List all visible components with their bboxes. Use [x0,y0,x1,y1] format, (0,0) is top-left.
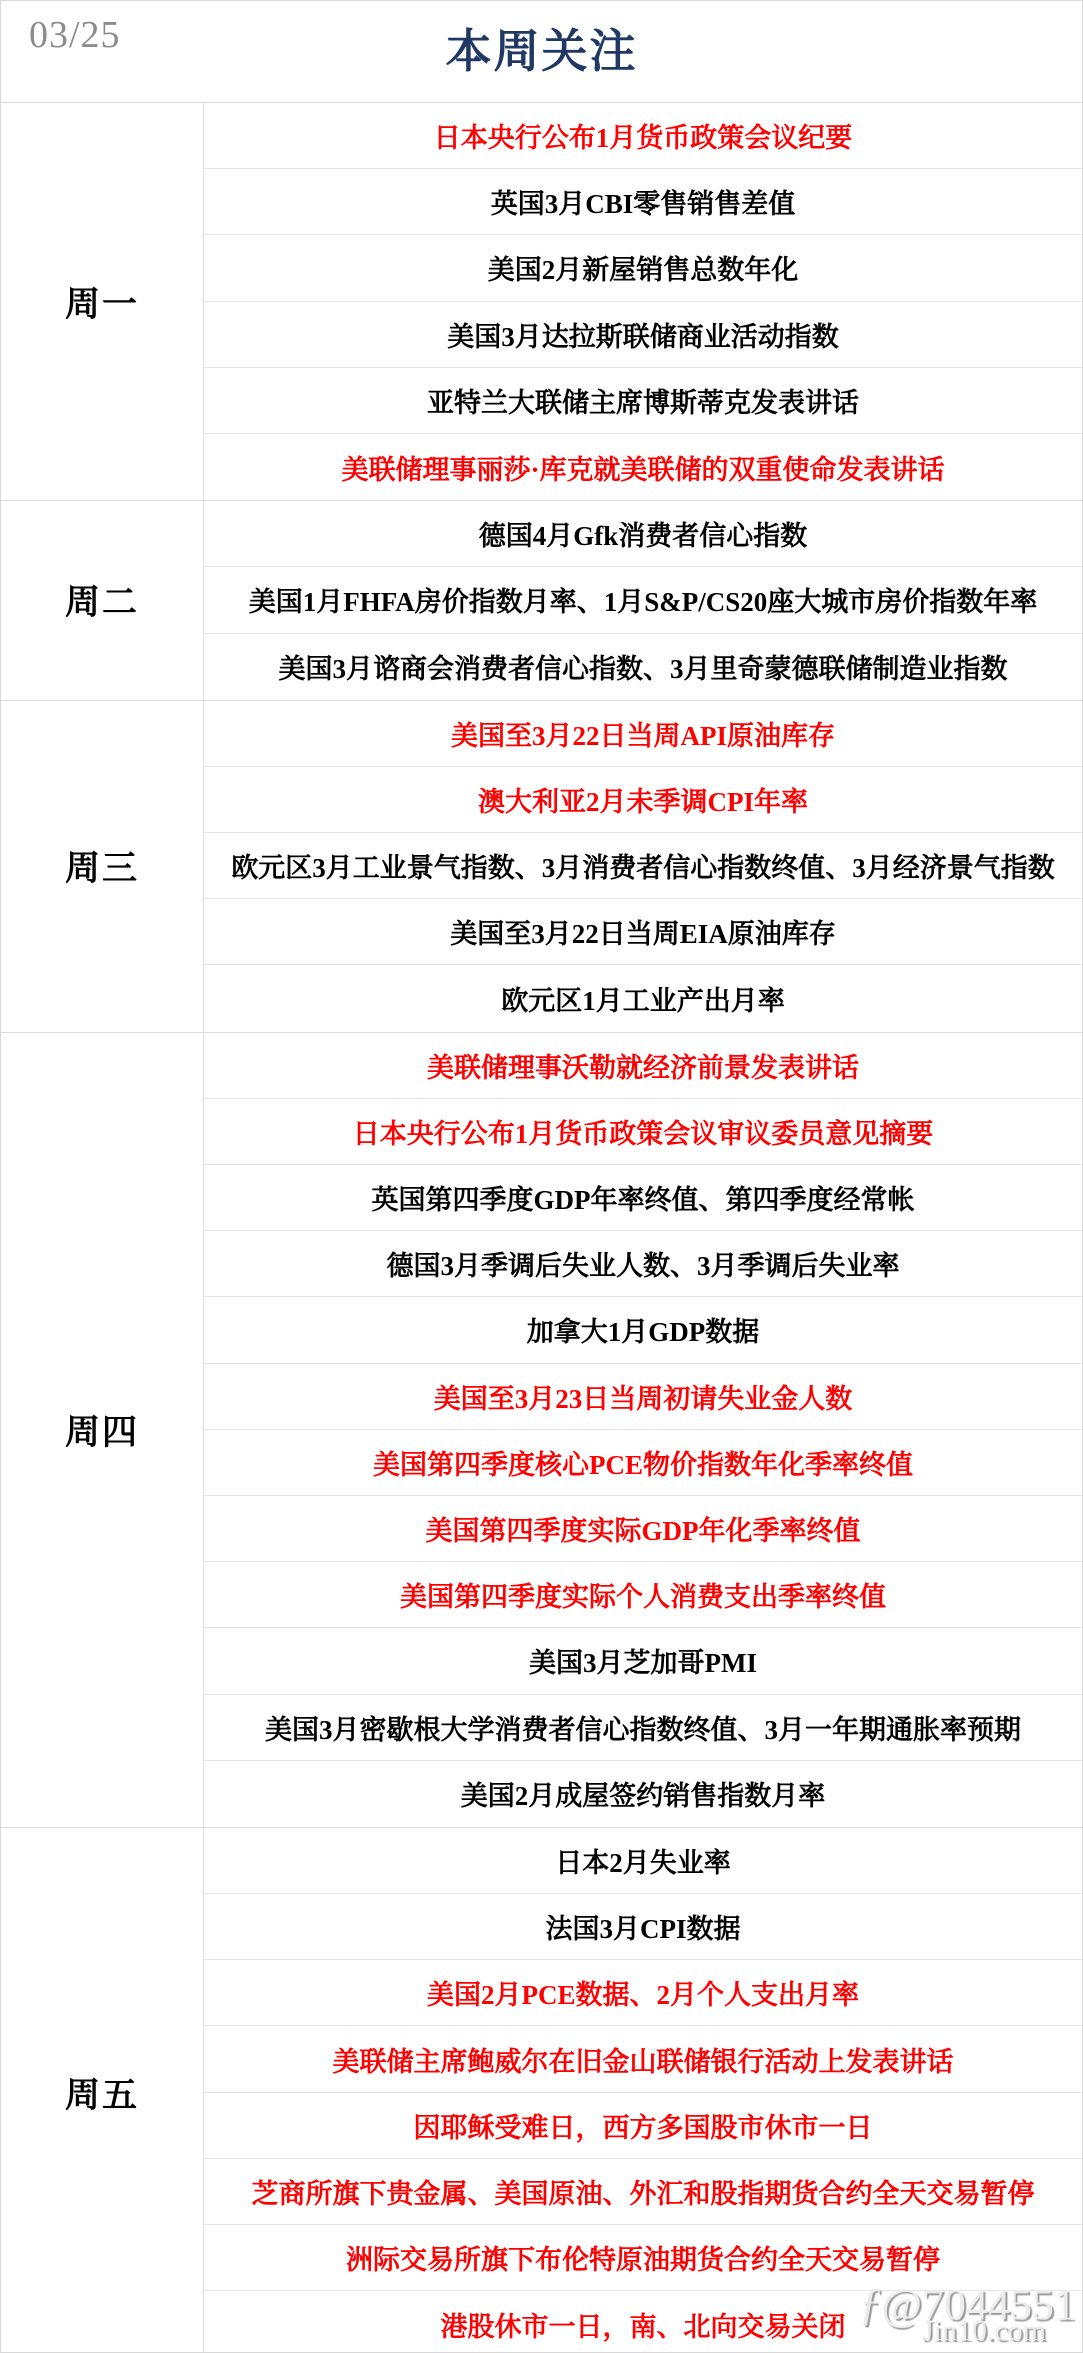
weekly-calendar-table: 周一 日本央行公布1月货币政策会议纪要 英国3月CBI零售销售差值 美国2月新屋… [1,103,1082,2353]
event-row: 港股休市一日，南、北向交易关闭 [204,2291,1082,2353]
event-row: 因耶稣受难日，西方多国股市休市一日 [204,2093,1082,2159]
event-row: 美国3月密歇根大学消费者信心指数终值、3月一年期通胀率预期 [204,1695,1082,1761]
event-row: 美国第四季度核心PCE物价指数年化季率终值 [204,1430,1082,1496]
event-row: 美国1月FHFA房价指数月率、1月S&P/CS20座大城市房价指数年率 [204,567,1082,633]
page-header: 03/25 本周关注 [1,1,1082,103]
day-events: 美国至3月22日当周API原油库存 澳大利亚2月未季调CPI年率 欧元区3月工业… [204,701,1082,1032]
event-row: 加拿大1月GDP数据 [204,1297,1082,1363]
event-row: 美国2月新屋销售总数年化 [204,235,1082,301]
event-row: 日本2月失业率 [204,1828,1082,1894]
day-events: 日本央行公布1月货币政策会议纪要 英国3月CBI零售销售差值 美国2月新屋销售总… [204,103,1082,500]
page-title: 本周关注 [1,15,1082,81]
day-group: 周四 美联储理事沃勒就经济前景发表讲话 日本央行公布1月货币政策会议审议委员意见… [1,1033,1082,1828]
event-row: 美联储理事沃勒就经济前景发表讲话 [204,1033,1082,1099]
event-row: 芝商所旗下贵金属、美国原油、外汇和股指期货合约全天交易暂停 [204,2159,1082,2225]
day-label-0: 周一 [1,103,204,500]
event-row: 日本央行公布1月货币政策会议审议委员意见摘要 [204,1099,1082,1165]
day-events: 日本2月失业率 法国3月CPI数据 美国2月PCE数据、2月个人支出月率 美联储… [204,1828,1082,2353]
day-events: 美联储理事沃勒就经济前景发表讲话 日本央行公布1月货币政策会议审议委员意见摘要 … [204,1033,1082,1827]
day-label-4: 周五 [1,1828,204,2353]
event-row: 英国第四季度GDP年率终值、第四季度经常帐 [204,1165,1082,1231]
event-row: 美国3月芝加哥PMI [204,1628,1082,1694]
event-row: 美国2月PCE数据、2月个人支出月率 [204,1960,1082,2026]
weekly-focus-page: 03/25 本周关注 周一 日本央行公布1月货币政策会议纪要 英国3月CBI零售… [0,0,1083,2353]
event-row: 美国3月达拉斯联储商业活动指数 [204,302,1082,368]
day-label-2: 周三 [1,701,204,1032]
event-row: 美联储主席鲍威尔在旧金山联储银行活动上发表讲话 [204,2026,1082,2092]
event-row: 澳大利亚2月未季调CPI年率 [204,767,1082,833]
event-row: 德国3月季调后失业人数、3月季调后失业率 [204,1231,1082,1297]
event-row: 日本央行公布1月货币政策会议纪要 [204,103,1082,169]
day-group: 周五 日本2月失业率 法国3月CPI数据 美国2月PCE数据、2月个人支出月率 … [1,1828,1082,2353]
event-row: 欧元区3月工业景气指数、3月消费者信心指数终值、3月经济景气指数 [204,833,1082,899]
day-label-3: 周四 [1,1033,204,1827]
event-row: 美国第四季度实际个人消费支出季率终值 [204,1562,1082,1628]
event-row: 美国第四季度实际GDP年化季率终值 [204,1496,1082,1562]
day-group: 周一 日本央行公布1月货币政策会议纪要 英国3月CBI零售销售差值 美国2月新屋… [1,103,1082,501]
day-events: 德国4月Gfk消费者信心指数 美国1月FHFA房价指数月率、1月S&P/CS20… [204,501,1082,700]
event-row: 美国至3月22日当周EIA原油库存 [204,899,1082,965]
event-row: 法国3月CPI数据 [204,1894,1082,1960]
event-row: 美国3月谘商会消费者信心指数、3月里奇蒙德联储制造业指数 [204,634,1082,700]
day-label-1: 周二 [1,501,204,700]
event-row: 洲际交易所旗下布伦特原油期货合约全天交易暂停 [204,2225,1082,2291]
event-row: 德国4月Gfk消费者信心指数 [204,501,1082,567]
event-row: 欧元区1月工业产出月率 [204,965,1082,1031]
event-row: 英国3月CBI零售销售差值 [204,169,1082,235]
event-row: 亚特兰大联储主席博斯蒂克发表讲话 [204,368,1082,434]
event-row: 美国至3月22日当周API原油库存 [204,701,1082,767]
event-row: 美国至3月23日当周初请失业金人数 [204,1364,1082,1430]
day-group: 周三 美国至3月22日当周API原油库存 澳大利亚2月未季调CPI年率 欧元区3… [1,701,1082,1033]
day-group: 周二 德国4月Gfk消费者信心指数 美国1月FHFA房价指数月率、1月S&P/C… [1,501,1082,701]
event-row: 美国2月成屋签约销售指数月率 [204,1761,1082,1827]
event-row: 美联储理事丽莎·库克就美联储的双重使命发表讲话 [204,434,1082,500]
